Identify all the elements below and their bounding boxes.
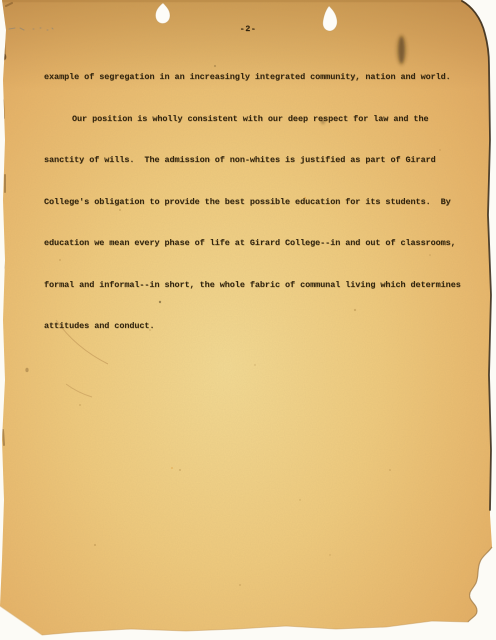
left-edge-spot: [2, 54, 7, 61]
left-edge-spot-2: [25, 368, 28, 372]
body-line: education we mean every phase of life at…: [44, 233, 474, 255]
document-body: example of segregation in an increasingl…: [44, 47, 474, 358]
body-line: Our position is wholly consistent with o…: [44, 109, 474, 131]
body-line: formal and informal--in short, the whole…: [44, 275, 474, 297]
page-number: -2-: [0, 24, 496, 34]
body-line: example of segregation in an increasingl…: [44, 67, 474, 89]
body-line: College's obligation to provide the best…: [44, 192, 474, 214]
body-line: attitudes and conduct.: [44, 316, 474, 338]
scanned-document-page: -2- example of segregation in an increas…: [0, 0, 496, 640]
body-line: sanctity of wills. The admission of non-…: [44, 150, 474, 172]
